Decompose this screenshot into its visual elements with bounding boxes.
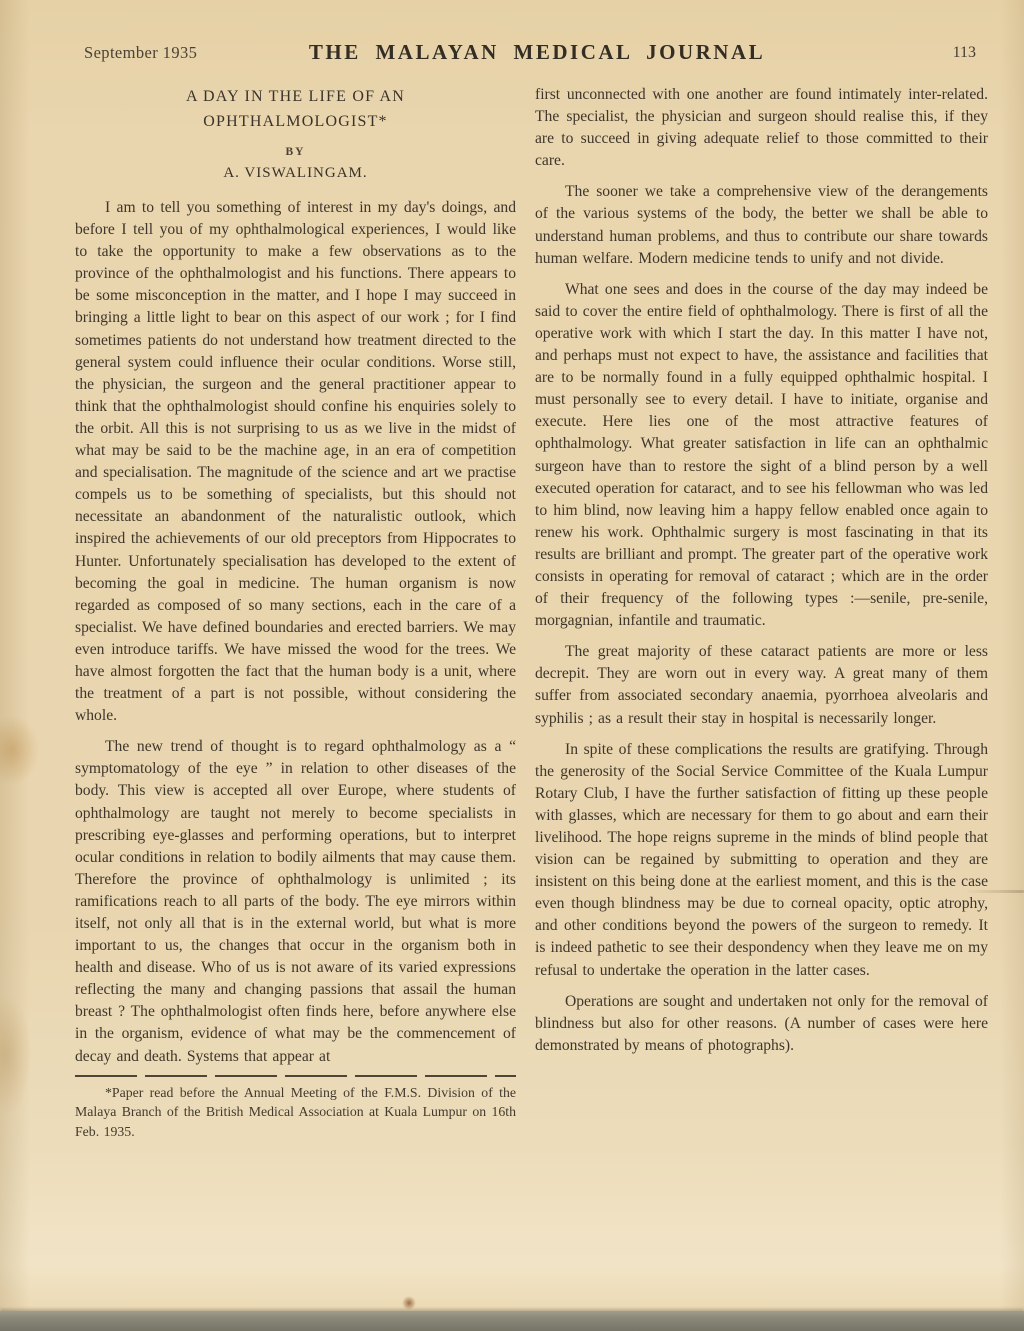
paragraph: first unconnected with one another are f…: [535, 84, 988, 172]
article-title-line-2: OPHTHALMOLOGIST*: [75, 109, 516, 134]
article-title: A DAY IN THE LIFE OF AN OPHTHALMOLOGIST*: [75, 84, 516, 134]
paragraph: What one sees and does in the course of …: [535, 279, 988, 633]
scan-edge-shadow: [0, 1311, 1024, 1331]
paper-speck: [402, 1296, 416, 1310]
two-column-body: A DAY IN THE LIFE OF AN OPHTHALMOLOGIST*…: [75, 84, 987, 1141]
paragraph: In spite of these complications the resu…: [535, 739, 988, 982]
article-title-line-1: A DAY IN THE LIFE OF AN: [75, 84, 516, 109]
journal-title: THE MALAYAN MEDICAL JOURNAL: [90, 40, 984, 65]
left-column: A DAY IN THE LIFE OF AN OPHTHALMOLOGIST*…: [75, 84, 516, 1141]
paragraph: The great majority of these cataract pat…: [535, 641, 988, 729]
running-head: September 1935 THE MALAYAN MEDICAL JOURN…: [0, 40, 1024, 76]
author-name: A. VISWALINGAM.: [75, 165, 516, 182]
paper-stain: [0, 715, 40, 785]
page-crease: [996, 782, 1024, 932]
paper-stain: [0, 995, 32, 1115]
page-number: 113: [953, 44, 976, 62]
paragraph: Operations are sought and undertaken not…: [535, 991, 988, 1057]
paragraph: The sooner we take a comprehensive view …: [535, 181, 988, 269]
paragraph: I am to tell you something of interest i…: [75, 197, 516, 727]
byline-label: BY: [75, 146, 516, 158]
paragraph: The new trend of thought is to regard op…: [75, 736, 516, 1067]
footnote-rule: [75, 1075, 516, 1077]
footnote: *Paper read before the Annual Meeting of…: [75, 1083, 516, 1142]
journal-page-scan: September 1935 THE MALAYAN MEDICAL JOURN…: [0, 0, 1024, 1331]
right-column: first unconnected with one another are f…: [535, 84, 988, 1057]
